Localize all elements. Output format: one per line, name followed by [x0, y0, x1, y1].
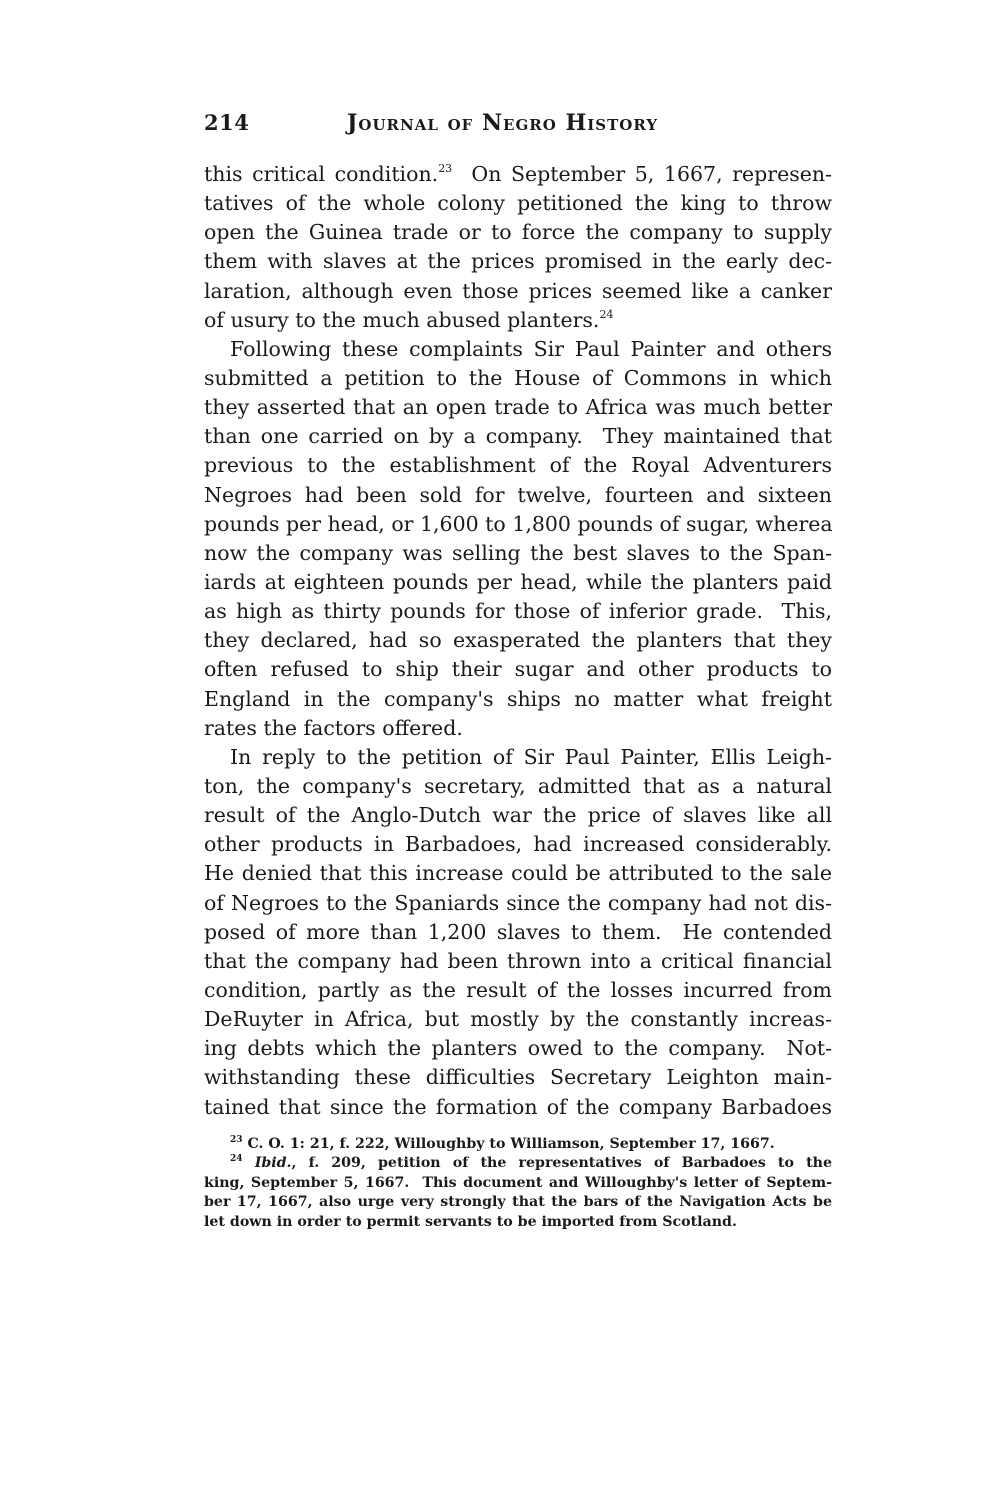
text-line: than one carried on by a company. They m…: [204, 422, 832, 451]
text-line: DeRuyter in Africa, but mostly by the co…: [204, 1005, 832, 1034]
footnote-ref-24[interactable]: 24: [599, 308, 613, 321]
footnote-24: 24 Ibid., f. 209, petition of the repres…: [204, 1154, 832, 1232]
footnote-23: 23 C. O. 1: 21, f. 222, Willoughby to Wi…: [204, 1135, 832, 1155]
paragraph-3: In reply to the petition of Sir Paul Pai…: [204, 743, 832, 1122]
text-line: they declared, had so exasperated the pl…: [204, 626, 832, 655]
footnote-line: ber 17, 1667, also urge very strongly th…: [204, 1193, 832, 1213]
text-line: In reply to the petition of Sir Paul Pai…: [204, 743, 832, 772]
text-line: laration, although even those prices see…: [204, 277, 832, 306]
text-line: other products in Barbadoes, had increas…: [204, 830, 832, 859]
text-line: open the Guinea trade or to force the co…: [204, 218, 832, 247]
paragraph-1: this critical condition.23 On September …: [204, 160, 832, 335]
text-line: pounds per head, or 1,600 to 1,800 pound…: [204, 510, 832, 539]
text-line: tained that since the formation of the c…: [204, 1093, 832, 1122]
text-line: of usury to the much abused planters.24: [204, 306, 832, 335]
text-line: often refused to ship their sugar and ot…: [204, 655, 832, 684]
text-line: Following these complaints Sir Paul Pain…: [204, 335, 832, 364]
footnote-line: 24 Ibid., f. 209, petition of the repres…: [204, 1154, 832, 1174]
text-line: now the company was selling the best sla…: [204, 539, 832, 568]
journal-title: Journal of Negro History: [347, 106, 658, 140]
footnote-ref-23[interactable]: 23: [438, 162, 452, 175]
text-line: withstanding these difficulties Secretar…: [204, 1063, 832, 1092]
text-line: submitted a petition to the House of Com…: [204, 364, 832, 393]
footnote-line: 23 C. O. 1: 21, f. 222, Willoughby to Wi…: [204, 1135, 832, 1155]
page-number: 214: [204, 106, 249, 140]
text-line: as high as thirty pounds for those of in…: [204, 597, 832, 626]
text-line: tatives of the whole colony petitioned t…: [204, 189, 832, 218]
text-line: them with slaves at the prices promised …: [204, 247, 832, 276]
text-line: ing debts which the planters owed to the…: [204, 1034, 832, 1063]
running-head: 214 Journal of Negro History: [204, 106, 832, 140]
text-line: rates the factors offered.: [204, 714, 832, 743]
text-line: they asserted that an open trade to Afri…: [204, 393, 832, 422]
text-line: result of the Anglo-Dutch war the price …: [204, 801, 832, 830]
journal-page: 214 Journal of Negro History this critic…: [204, 106, 832, 1233]
footnote-number: 23: [230, 1135, 243, 1145]
footnote-line: let down in order to permit servants to …: [204, 1213, 832, 1233]
text-line: previous to the establishment of the Roy…: [204, 451, 832, 480]
text-line: this critical condition.23 On September …: [204, 160, 832, 189]
body-text: this critical condition.23 On September …: [204, 160, 832, 1122]
footnote-line: king, September 5, 1667. This document a…: [204, 1174, 832, 1194]
text-line: of Negroes to the Spaniards since the co…: [204, 889, 832, 918]
paragraph-2: Following these complaints Sir Paul Pain…: [204, 335, 832, 743]
text-line: iards at eighteen pounds per head, while…: [204, 568, 832, 597]
text-line: Negroes had been sold for twelve, fourte…: [204, 481, 832, 510]
text-line: He denied that this increase could be at…: [204, 859, 832, 888]
footnote-number: 24: [230, 1154, 243, 1164]
text-line: that the company had been thrown into a …: [204, 947, 832, 976]
text-line: ton, the company's secretary, admitted t…: [204, 772, 832, 801]
text-line: condition, partly as the result of the l…: [204, 976, 832, 1005]
text-line: posed of more than 1,200 slaves to them.…: [204, 918, 832, 947]
text-line: England in the company's ships no matter…: [204, 685, 832, 714]
footnotes: 23 C. O. 1: 21, f. 222, Willoughby to Wi…: [204, 1135, 832, 1233]
